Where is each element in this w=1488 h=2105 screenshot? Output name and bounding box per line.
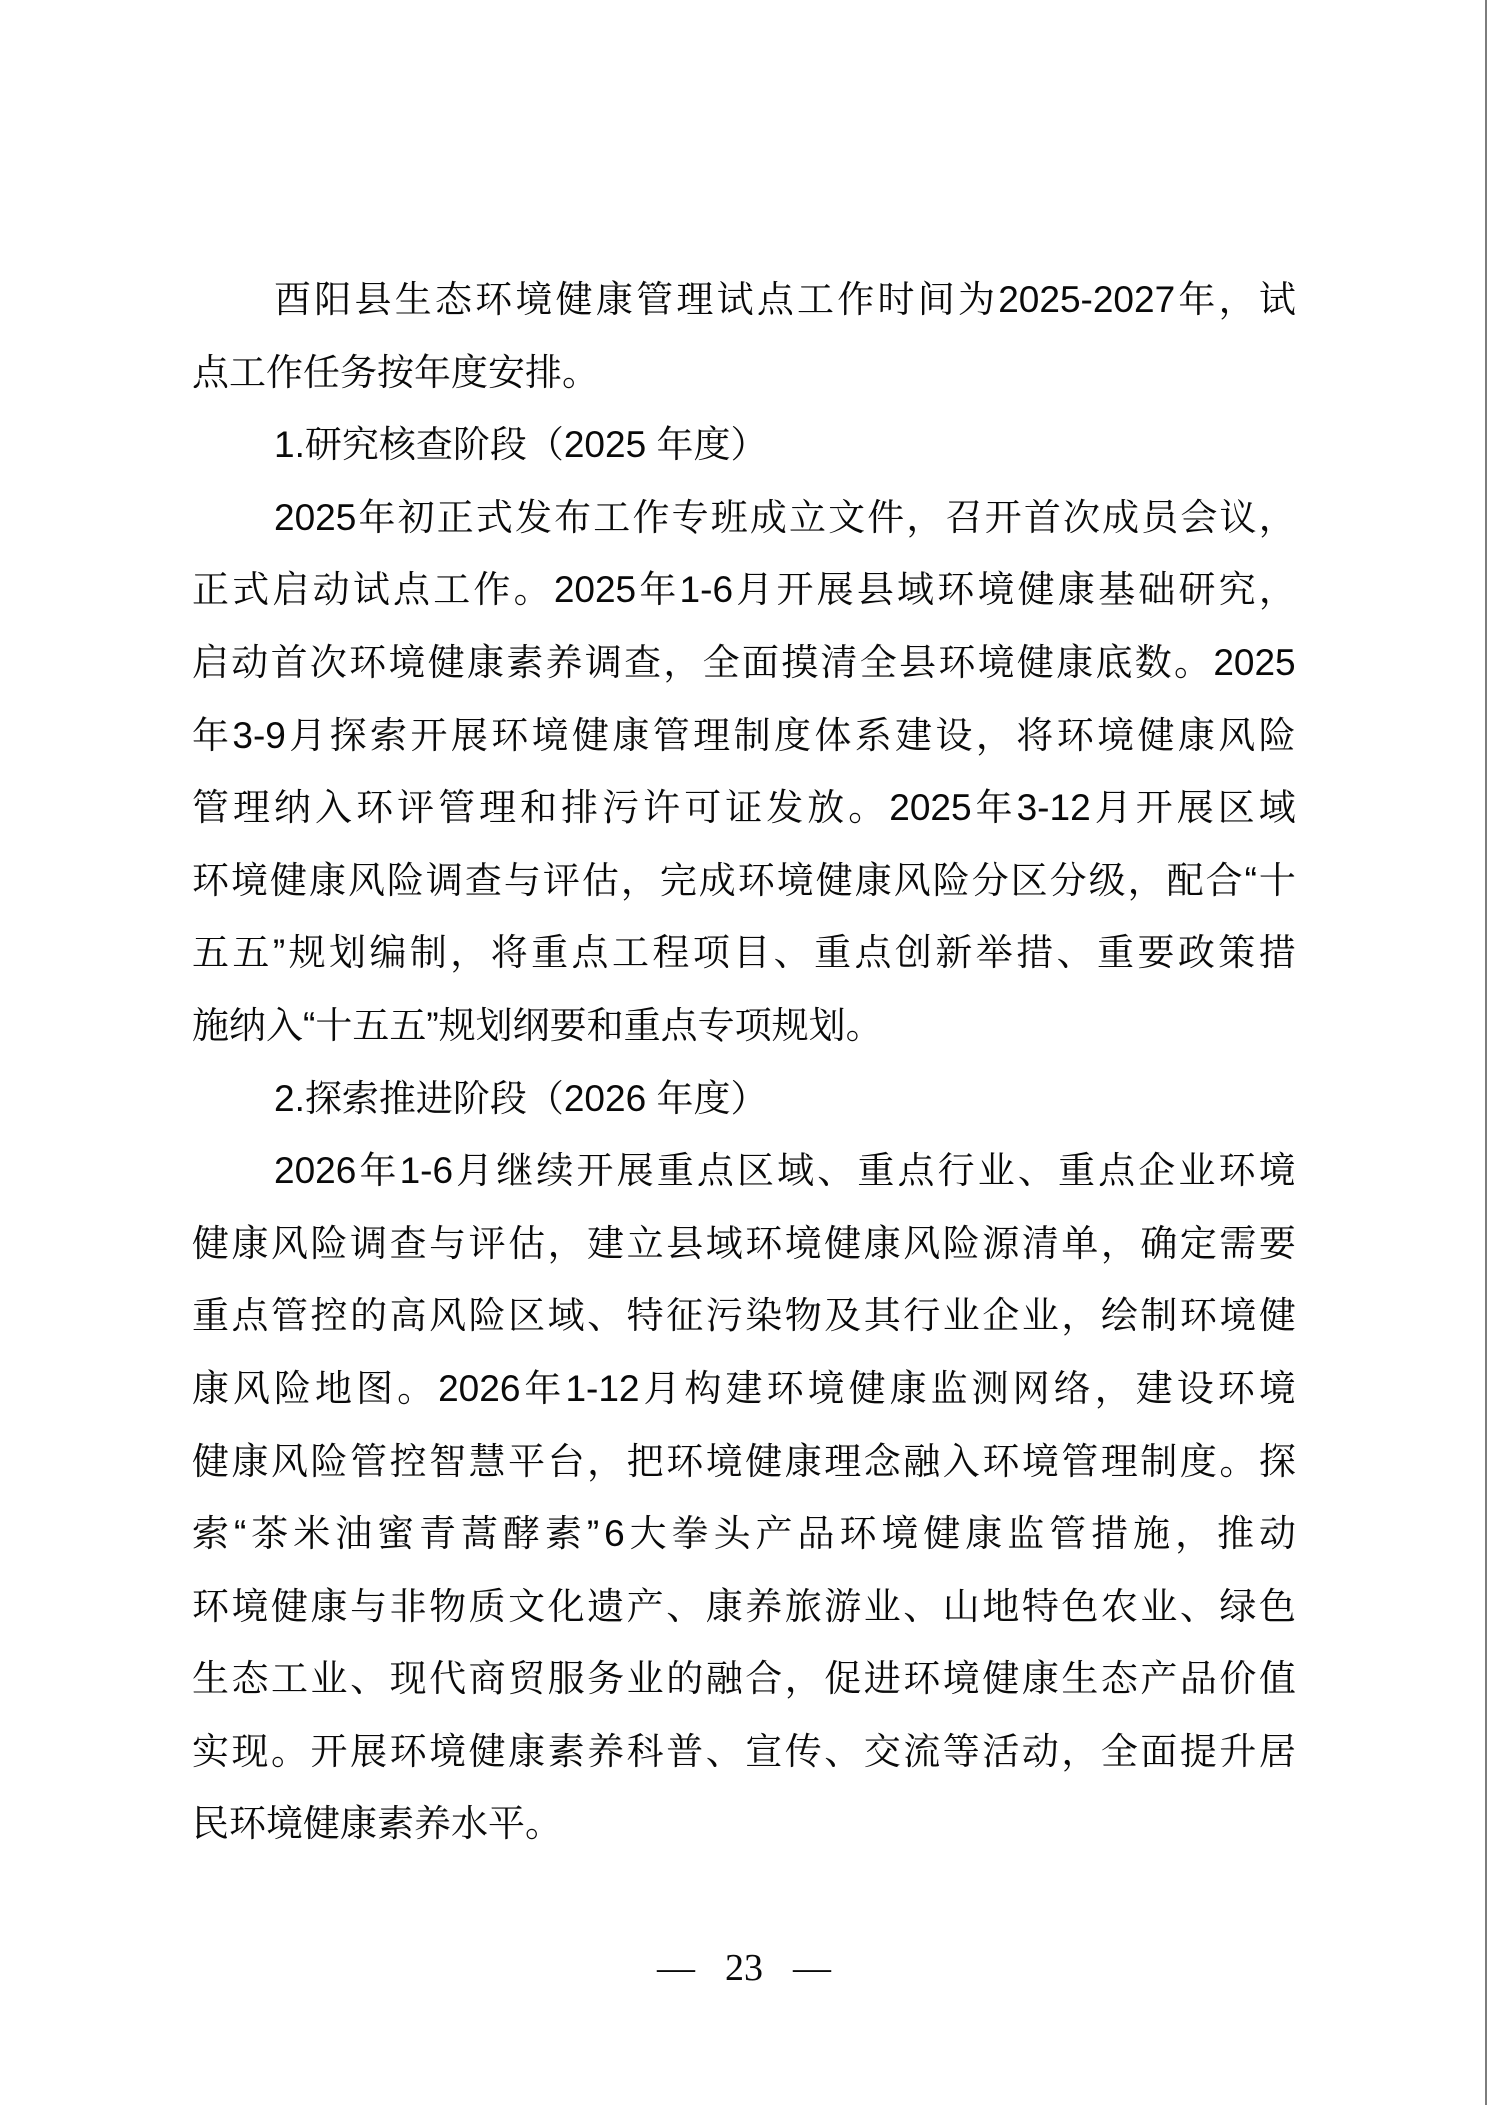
stage-heading-2: 2.探索推进阶段（2026 年度） [192, 1063, 1296, 1136]
text-line: 年3-9月探索开展环境健康管理制度体系建设，将环境健康风险 [192, 700, 1296, 773]
text-line: 健康风险管控智慧平台，把环境健康理念融入环境管理制度。探 [192, 1426, 1296, 1499]
text-line: 健康风险调查与评估，建立县域环境健康风险源清单，确定需要 [192, 1208, 1296, 1281]
text-line: 2026年1-6月继续开展重点区域、重点行业、重点企业环境 [192, 1135, 1296, 1208]
text-line: 民环境健康素养水平。 [192, 1788, 1296, 1861]
footer-dash-left: — [657, 1947, 695, 1989]
text-line: 酉阳县生态环境健康管理试点工作时间为2025-2027年，试 [192, 264, 1296, 337]
text-line: 生态工业、现代商贸服务业的融合，促进环境健康生态产品价值 [192, 1643, 1296, 1716]
text-line: 索“茶米油蜜青蒿酵素”6大拳头产品环境健康监管措施，推动 [192, 1498, 1296, 1571]
text-line: 启动首次环境健康素养调查，全面摸清全县环境健康底数。2025 [192, 627, 1296, 700]
text-line: 管理纳入环评管理和排污许可证发放。2025年3-12月开展区域 [192, 772, 1296, 845]
footer-dash-right: — [793, 1947, 831, 1989]
stage-heading-1: 1.研究核查阶段（2025 年度） [192, 409, 1296, 482]
text-line: 环境健康风险调查与评估，完成环境健康风险分区分级，配合“十 [192, 845, 1296, 918]
text-line: 五五”规划编制，将重点工程项目、重点创新举措、重要政策措 [192, 917, 1296, 990]
page-edge-scan-line [1485, 0, 1487, 2105]
text-line: 点工作任务按年度安排。 [192, 337, 1296, 410]
text-line: 环境健康与非物质文化遗产、康养旅游业、山地特色农业、绿色 [192, 1571, 1296, 1644]
text-line: 重点管控的高风险区域、特征污染物及其行业企业，绘制环境健 [192, 1280, 1296, 1353]
text-line: 施纳入“十五五”规划纲要和重点专项规划。 [192, 990, 1296, 1063]
text-line: 2025年初正式发布工作专班成立文件，召开首次成员会议， [192, 482, 1296, 555]
footer-page-number: 23 [725, 1947, 763, 1989]
document-page: 酉阳县生态环境健康管理试点工作时间为2025-2027年，试 点工作任务按年度安… [0, 0, 1488, 2105]
body-text-block: 酉阳县生态环境健康管理试点工作时间为2025-2027年，试 点工作任务按年度安… [192, 264, 1296, 1861]
text-line: 实现。开展环境健康素养科普、宣传、交流等活动，全面提升居 [192, 1716, 1296, 1789]
text-line: 康风险地图。2026年1-12月构建环境健康监测网络，建设环境 [192, 1353, 1296, 1426]
page-footer: —23— [0, 1943, 1488, 1993]
text-line: 正式启动试点工作。2025年1-6月开展县域环境健康基础研究， [192, 554, 1296, 627]
